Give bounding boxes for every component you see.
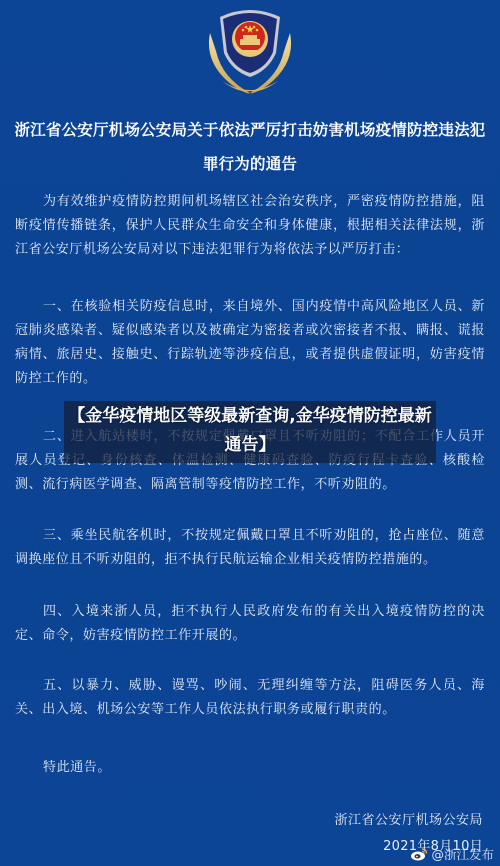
notice-title: 浙江省公安厅机场公安局关于依法严厉打击妨害机场疫情防控违法犯 罪行为的通告 — [12, 113, 488, 181]
closing-paragraph: 特此通告。 — [15, 756, 485, 780]
clause-1-paragraph: 一、在核验相关防疫信息时，来自境外、国内疫情中高风险地区人员、新冠肺炎感染者、疑… — [15, 295, 485, 391]
weibo-watermark: @浙江发布 — [410, 845, 494, 863]
weibo-icon — [410, 847, 428, 861]
clause-4-paragraph: 四、入境来浙人员，拒不执行人民政府发布的有关出入境疫情防控的决定、命令，妨害疫情… — [15, 600, 485, 648]
notice-image: 浙江省公安厅机场公安局关于依法严厉打击妨害机场疫情防控违法犯 罪行为的通告 为有… — [0, 0, 500, 866]
police-emblem-icon — [202, 3, 298, 96]
watermark-text: @浙江发布 — [431, 845, 494, 863]
issuer-signature: 浙江省公安厅机场公安局 — [334, 809, 483, 828]
intro-paragraph: 为有效维护疫情防控期间机场辖区社会治安秩序，严密疫情防控措施，阻断疫情传播链条，… — [15, 190, 485, 262]
clause-3-paragraph: 三、乘坐民航客机时，不按规定佩戴口罩且不听劝阻的，抢占座位、随意调换座位且不听劝… — [15, 524, 485, 572]
notice-title-line1: 浙江省公安厅机场公安局关于依法严厉打击妨害机场疫情防控违法犯 — [14, 121, 485, 139]
clause-5-paragraph: 五、以暴力、威胁、谩骂、吵闹、无理纠缠等方法，阻碍医务人员、海关、出入境、机场公… — [15, 674, 485, 722]
notice-title-line2: 罪行为的通告 — [12, 147, 488, 181]
headline-overlay-text: 【金华疫情地区等级最新查询,金华疫情防控最新通告】 — [64, 402, 436, 460]
